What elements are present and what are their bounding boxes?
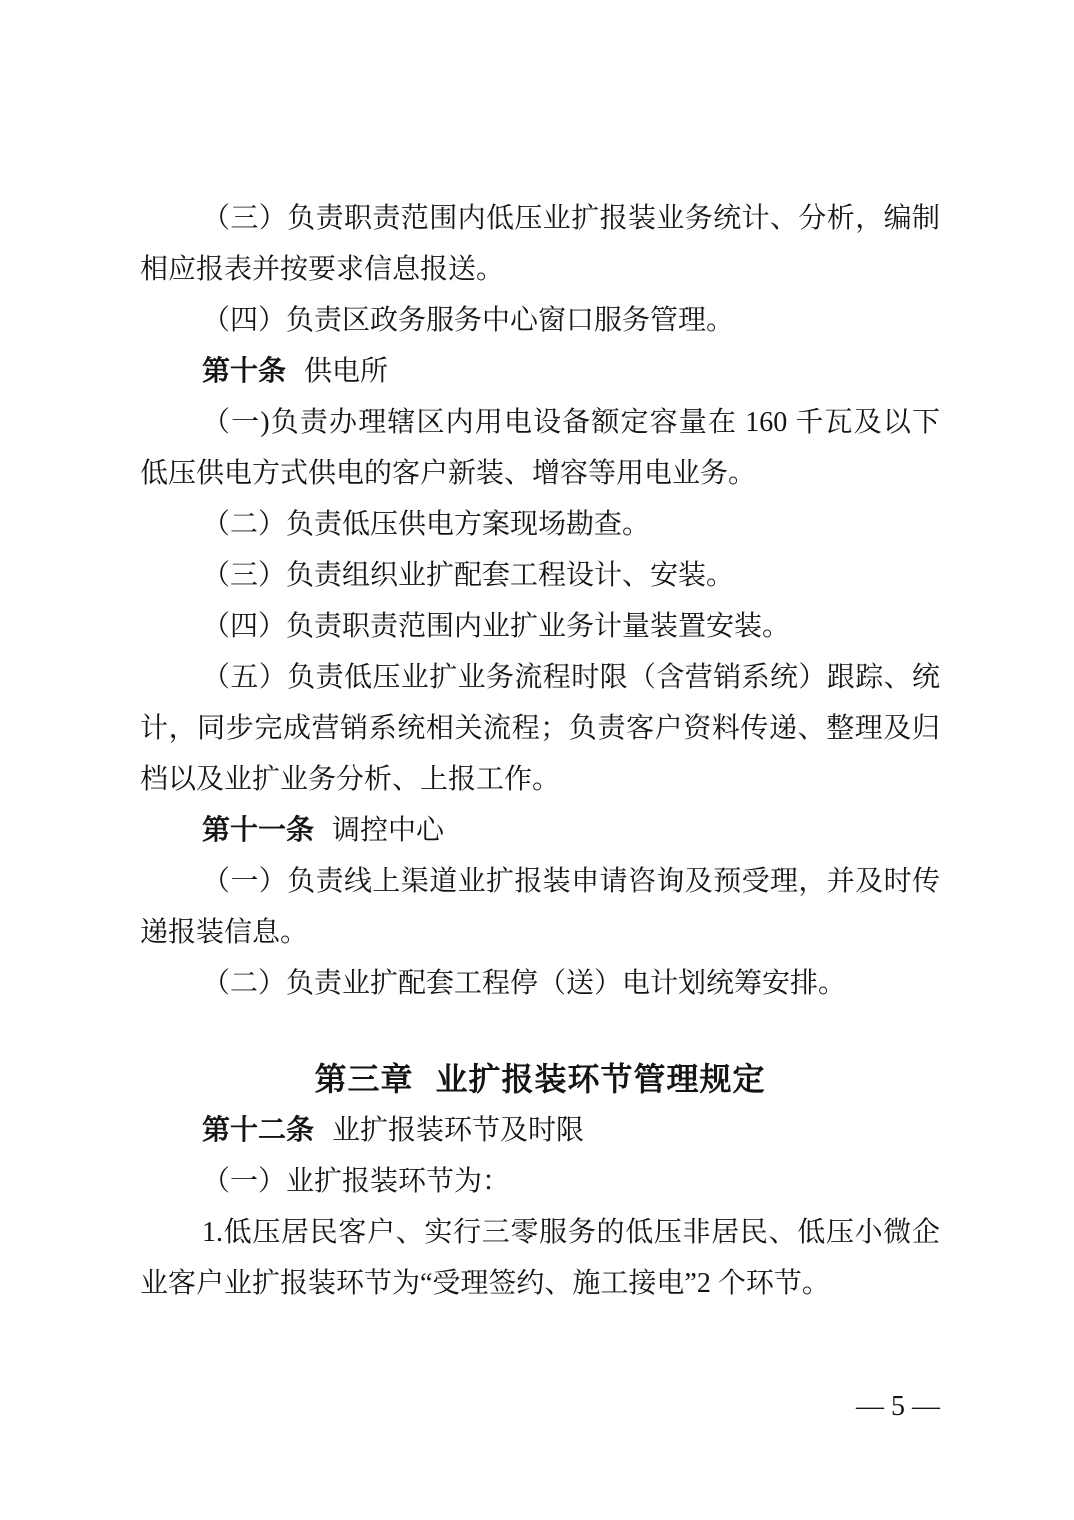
- article-heading: 第十二条业扩报装环节及时限: [140, 1105, 940, 1156]
- page-number: — 5 —: [856, 1390, 940, 1423]
- paragraph-line: 低压供电方式供电的客户新装、增容等用电业务。: [140, 448, 940, 499]
- paragraph-line: （三）负责组织业扩配套工程设计、安装。: [140, 550, 940, 601]
- paragraph-line: 业客户业扩报装环节为“受理签约、施工接电”2 个环节。: [140, 1258, 940, 1309]
- paragraph-line: （四）负责职责范围内业扩业务计量装置安装。: [140, 601, 940, 652]
- article-heading: 第十一条调控中心: [140, 805, 940, 856]
- paragraph-line: （一）业扩报装环节为：: [140, 1156, 940, 1207]
- paragraph-line: 计，同步完成营销系统相关流程；负责客户资料传递、整理及归: [140, 703, 940, 754]
- paragraph-line: （一）负责线上渠道业扩报装申请咨询及预受理，并及时传: [140, 856, 940, 907]
- chapter-title: 业扩报装环节管理规定: [436, 1061, 766, 1097]
- article-title: 调控中心: [332, 815, 444, 846]
- chapter-number: 第三章: [314, 1061, 413, 1097]
- article-title: 业扩报装环节及时限: [332, 1115, 584, 1146]
- article-number: 第十条: [202, 356, 286, 387]
- paragraph-line: （三）负责职责范围内低压业扩报装业务统计、分析，编制: [140, 193, 940, 244]
- paragraph-line: （二）负责业扩配套工程停（送）电计划统筹安排。: [140, 958, 940, 1009]
- article-number: 第十二条: [202, 1115, 314, 1146]
- document-page: （三）负责职责范围内低压业扩报装业务统计、分析，编制相应报表并按要求信息报送。（…: [0, 0, 1074, 1520]
- paragraph-line: 1.低压居民客户、实行三零服务的低压非居民、低压小微企: [140, 1207, 940, 1258]
- article-title: 供电所: [304, 356, 388, 387]
- article-number: 第十一条: [202, 815, 314, 846]
- paragraph-line: 相应报表并按要求信息报送。: [140, 244, 940, 295]
- document-body: （三）负责职责范围内低压业扩报装业务统计、分析，编制相应报表并按要求信息报送。（…: [0, 0, 1074, 1309]
- paragraph-line: 递报装信息。: [140, 907, 940, 958]
- paragraph-line: （四）负责区政务服务中心窗口服务管理。: [140, 295, 940, 346]
- chapter-heading: 第三章业扩报装环节管理规定: [140, 1054, 940, 1105]
- article-heading: 第十条供电所: [140, 346, 940, 397]
- paragraph-line: （二）负责低压供电方案现场勘查。: [140, 499, 940, 550]
- paragraph-line: （五）负责低压业扩业务流程时限（含营销系统）跟踪、统: [140, 652, 940, 703]
- paragraph-line: 档以及业扩业务分析、上报工作。: [140, 754, 940, 805]
- paragraph-line: （一)负责办理辖区内用电设备额定容量在 160 千瓦及以下: [140, 397, 940, 448]
